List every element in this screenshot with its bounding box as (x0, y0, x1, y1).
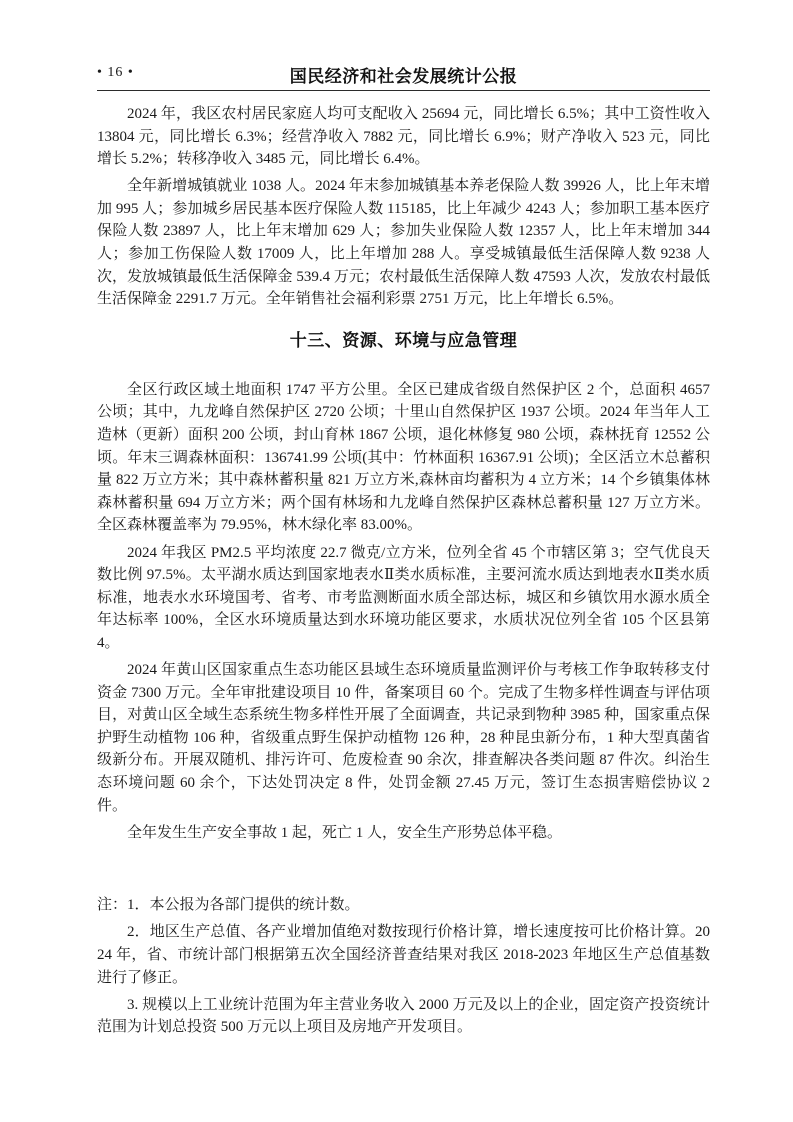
page-number: • 16 • (97, 65, 134, 81)
paragraph-rural-income: 2024 年，我区农村居民家庭人均可支配收入 25694 元，同比增长 6.5%… (97, 103, 710, 171)
note-item-1: 注：1．本公报为各部门提供的统计数。 (97, 894, 710, 917)
paragraph-employment-social-security: 全年新增城镇就业 1038 人。2024 年末参加城镇基本养老保险人数 3992… (97, 175, 710, 311)
paragraph-production-safety: 全年发生生产安全事故 1 起，死亡 1 人，安全生产形势总体平稳。 (97, 822, 710, 845)
header-rule (97, 90, 710, 91)
notes-label: 注： (97, 897, 127, 913)
note-item-2: 2．地区生产总值、各产业增加值绝对数按现行价格计算，增长速度按可比价格计算。20… (97, 921, 710, 989)
paragraph-land-forest: 全区行政区域土地面积 1747 平方公里。全区已建成省级自然保护区 2 个，总面… (97, 379, 710, 537)
section-heading-resources-environment: 十三、资源、环境与应急管理 (97, 326, 710, 351)
header-title: 国民经济和社会发展统计公报 (97, 62, 710, 87)
note-item-3: 3. 规模以上工业统计范围为年主营业务收入 2000 万元及以上的企业，固定资产… (97, 994, 710, 1039)
paragraph-air-water-quality: 2024 年我区 PM2.5 平均浓度 22.7 微克/立方米，位列全省 45 … (97, 542, 710, 655)
note-1-text: 1．本公报为各部门提供的统计数。 (127, 897, 360, 913)
document-body: 2024 年，我区农村居民家庭人均可支配收入 25694 元，同比增长 6.5%… (97, 103, 710, 1039)
notes-section: 注：1．本公报为各部门提供的统计数。 2．地区生产总值、各产业增加值绝对数按现行… (97, 894, 710, 1039)
document-page: • 16 • 国民经济和社会发展统计公报 2024 年，我区农村居民家庭人均可支… (0, 0, 793, 1122)
page-header: • 16 • 国民经济和社会发展统计公报 (97, 62, 710, 86)
paragraph-ecological-monitoring: 2024 年黄山区国家重点生态功能区县域生态环境质量监测评价与考核工作争取转移支… (97, 659, 710, 817)
